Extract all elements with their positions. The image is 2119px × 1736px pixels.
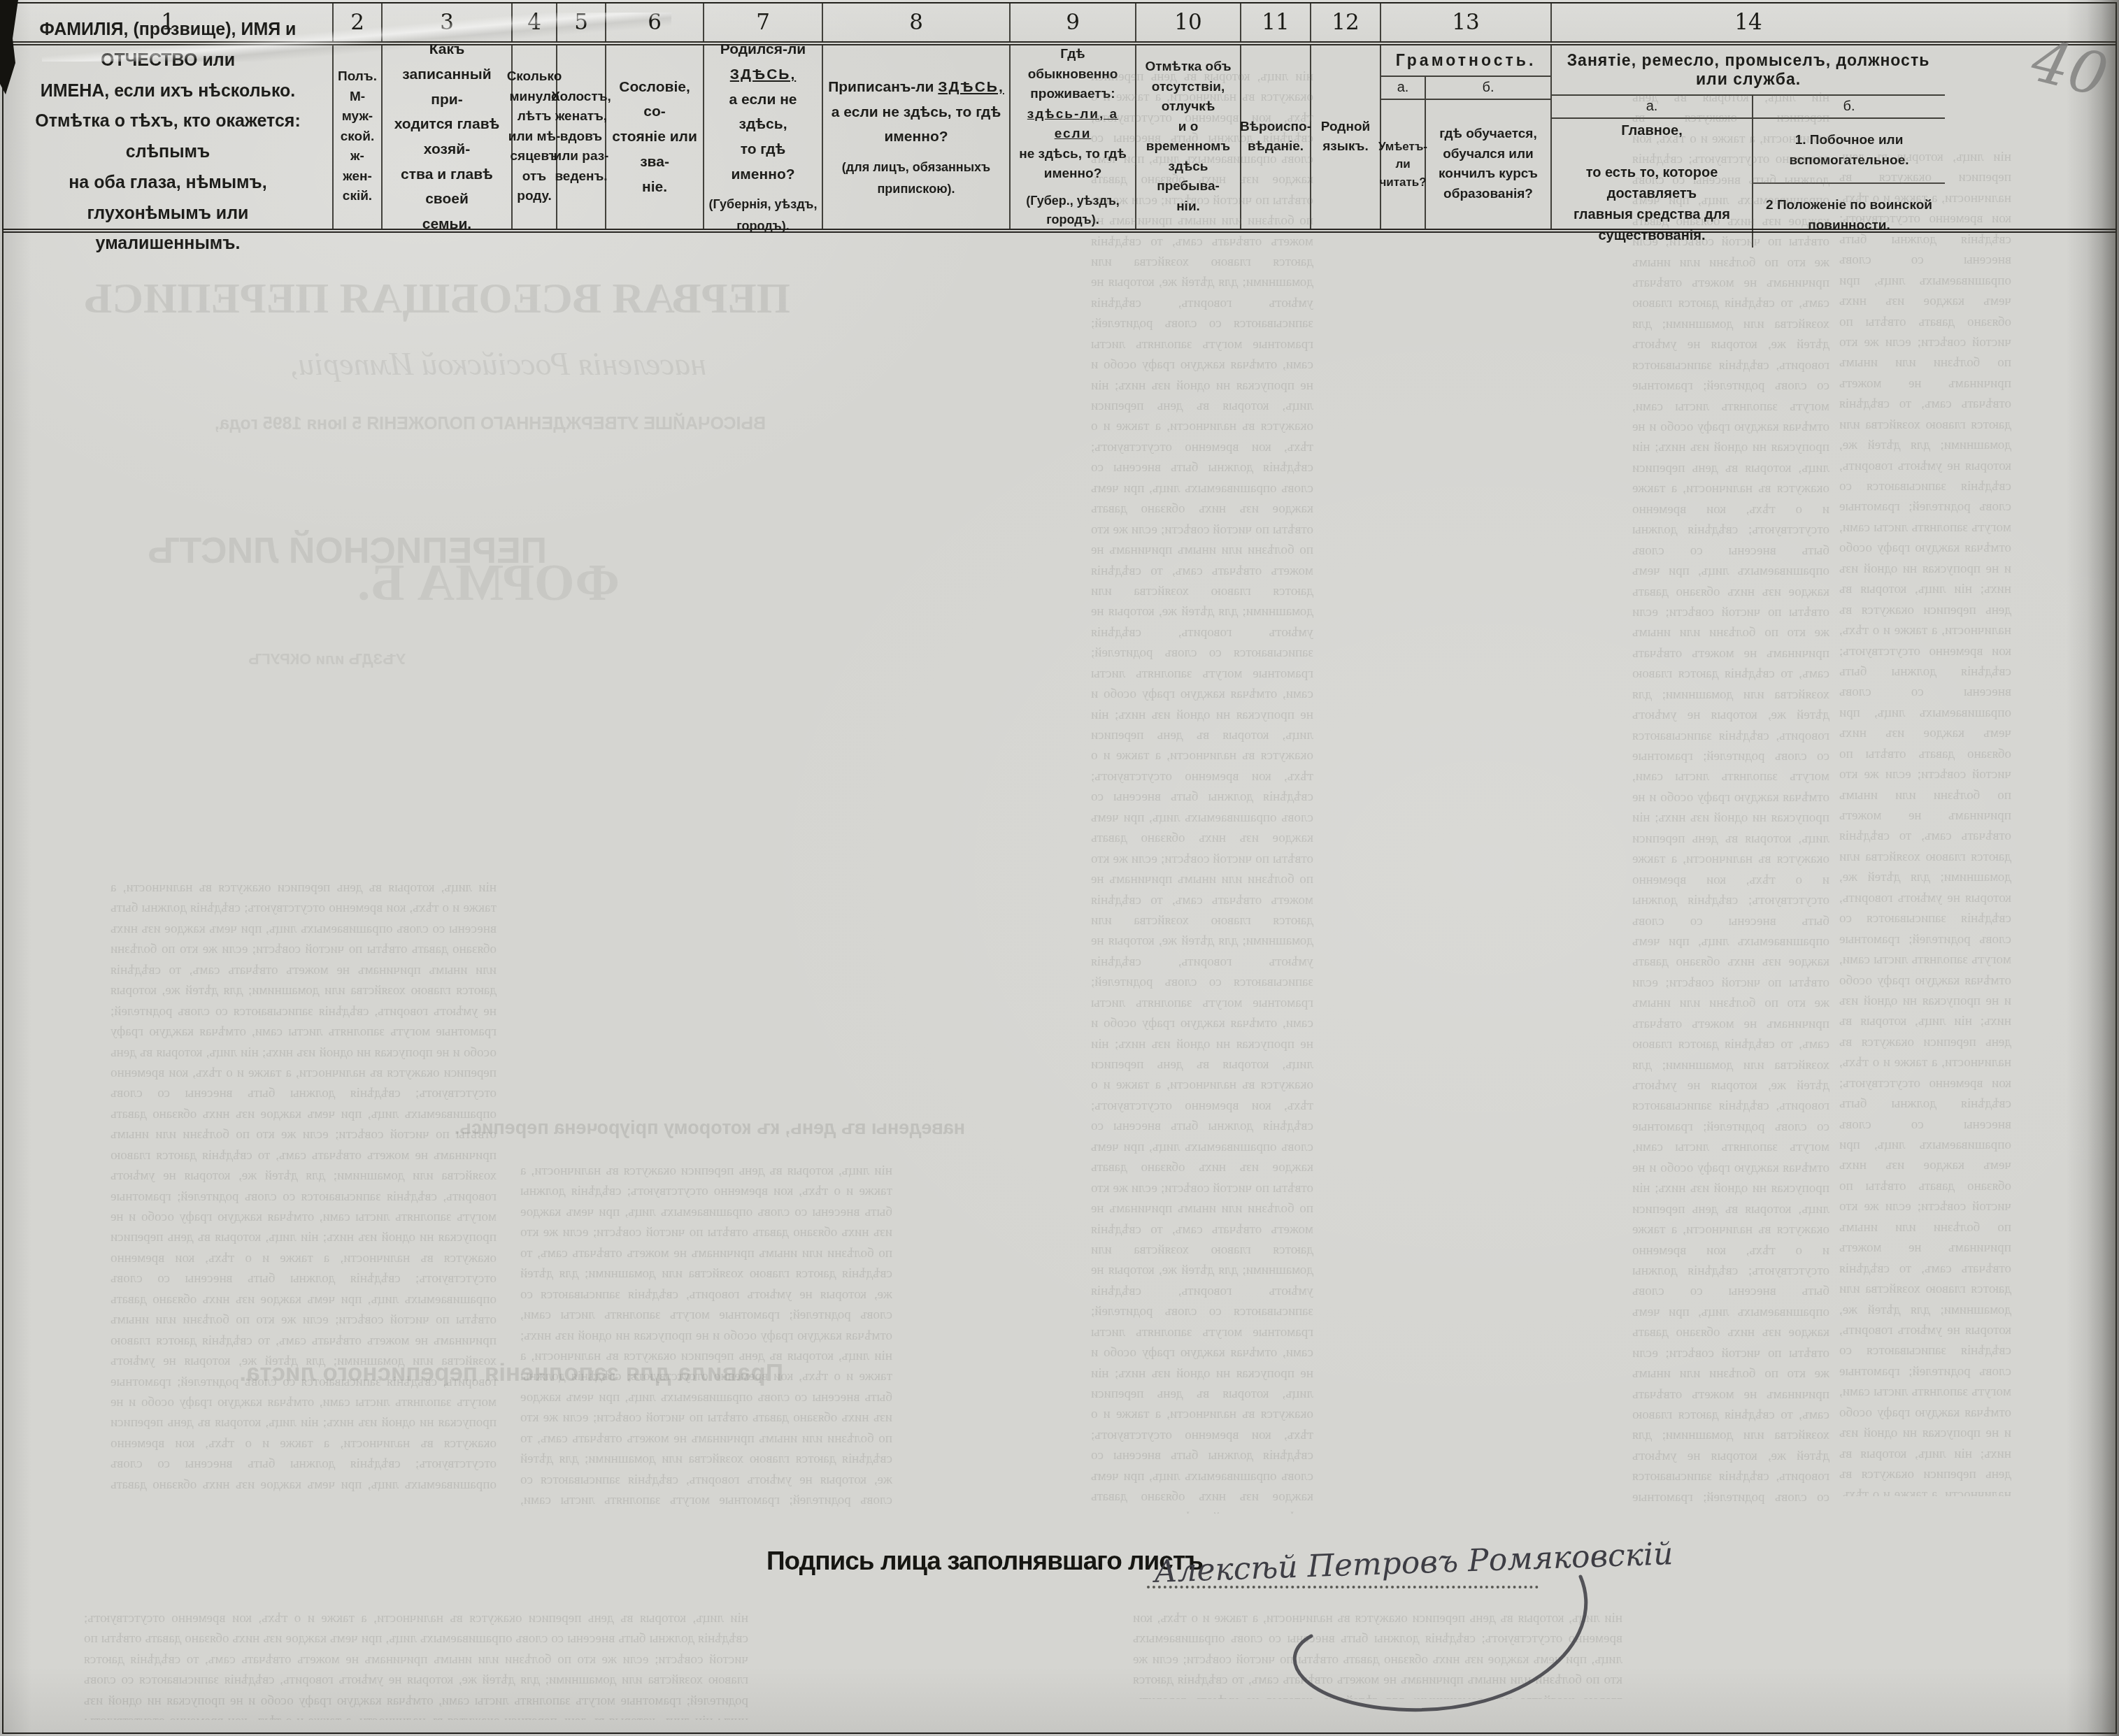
header-registration: Приписанъ-ли ЗДѢСЬ,а если не здѣсь, то г… (823, 45, 1011, 229)
header-language: Родной языкъ. (1311, 45, 1381, 229)
col-number-14: 14 (1552, 3, 1945, 41)
header-occupation-group: Занятіе, ремесло, промыселъ, должность и… (1552, 45, 1945, 229)
col-number-12: 12 (1311, 3, 1381, 41)
signature-label: Подпись лица заполнявшаго листъ (766, 1547, 1203, 1576)
page-edge-shadow (2087, 0, 2119, 1736)
header-birthplace: Родился-ли ЗДѢСЬ,а если не здѣсь, то гдѣ… (704, 45, 823, 229)
column-header-row: ФАМИЛІЯ, (прозвище), ИМЯ и ОТЧЕСТВО или … (3, 45, 2116, 233)
col-number-8: 8 (823, 3, 1011, 41)
header-residence: Гдѣ обыкновенно проживаетъ:здѣсь-ли, а е… (1011, 45, 1136, 229)
paper-crease (42, 13, 671, 62)
col-number-10: 10 (1136, 3, 1241, 41)
col-number-13: 13 (1381, 3, 1552, 41)
col-number-7: 7 (704, 3, 823, 41)
header-occupation-a: а. Главное, то есть то, которое доставля… (1552, 96, 1753, 248)
header-religion: Вѣроиспо- вѣданіе. (1241, 45, 1311, 229)
signature-flourish (1189, 1566, 1622, 1736)
header-literacy-group: Грамотность. а. Умѣетъ- ли читать? б. гд… (1381, 45, 1552, 229)
col-number-11: 11 (1241, 3, 1311, 41)
header-marital: Холостъ, женатъ, вдовъ или раз- веденъ. (557, 45, 606, 229)
header-literacy-title: Грамотность. (1381, 45, 1550, 77)
header-literacy-a: а. Умѣетъ- ли читать? (1381, 77, 1426, 229)
header-name: ФАМИЛІЯ, (прозвище), ИМЯ и ОТЧЕСТВО или … (3, 45, 334, 229)
header-relation: Какъ записанный при- ходится главѣ хозяй… (383, 45, 513, 229)
header-literacy-b: б. гдѣ обучается, обучался или кончилъ к… (1426, 77, 1550, 229)
header-occupation-title: Занятіе, ремесло, промыселъ, должность и… (1552, 45, 1945, 96)
header-estate: Сословіе, со- стояніе или зва- ніе. (606, 45, 704, 229)
header-sex: Полъ. М-муж- ской. ж-жен- скій. (334, 45, 383, 229)
col-number-9: 9 (1011, 3, 1136, 41)
census-sheet-scan: 40 ПЕРВАЯ ВСЕОБЩАЯ ПЕРЕПИСЬнаселенія Рос… (0, 0, 2119, 1736)
census-table-grid: 1 2 3 4 5 6 7 8 9 10 11 12 13 14 ФАМИЛІЯ… (2, 2, 2117, 1734)
header-absence: Отмѣтка объ отсутствіи, отлучкѣ и о врем… (1136, 45, 1241, 229)
header-occupation-b: б. 1. Побочное или вспомогательное. 2 По… (1753, 96, 1945, 248)
